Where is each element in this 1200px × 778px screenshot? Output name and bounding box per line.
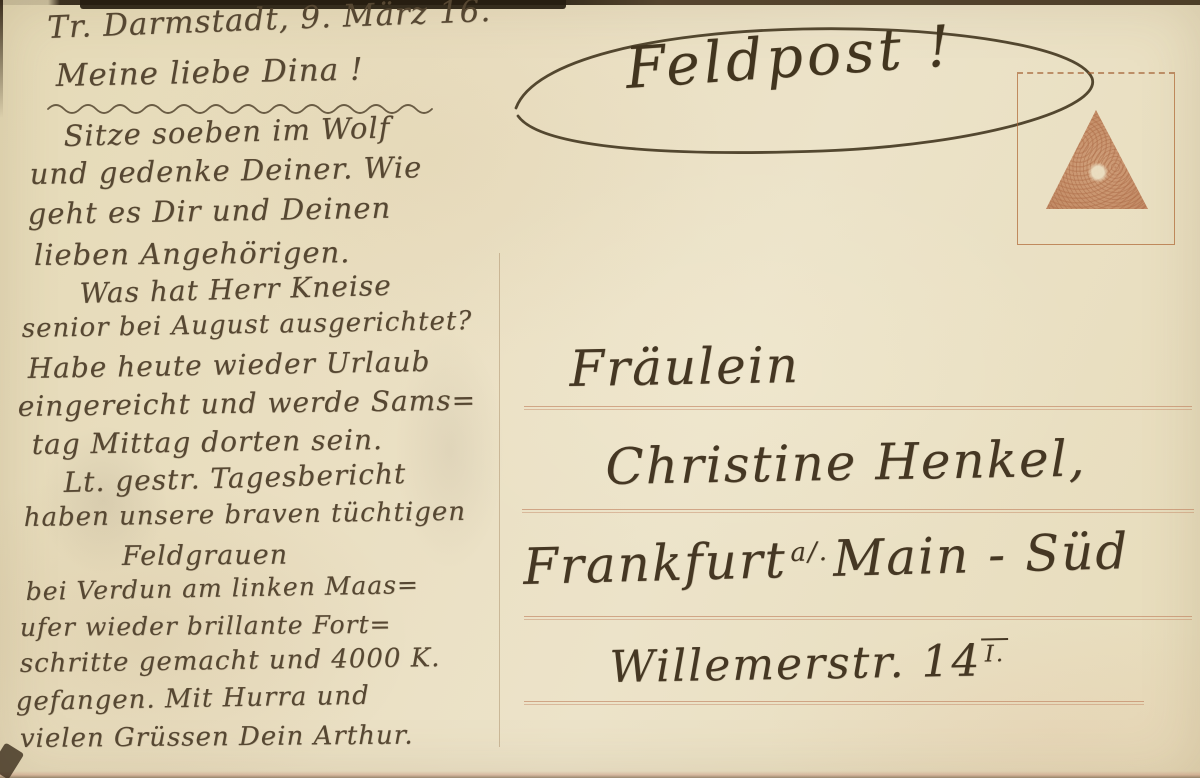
message-line: Sitze soeben im Wolf bbox=[63, 110, 391, 153]
message-line: haben unsere braven tüchtigen bbox=[24, 497, 467, 533]
message-line: tag Mittag dorten sein. bbox=[32, 423, 384, 461]
address-recipient-title: Fräulein bbox=[569, 336, 800, 398]
message-line: geht es Dir und Deinen bbox=[27, 191, 391, 231]
address-recipient-name: Christine Henkel, bbox=[605, 430, 1087, 496]
address-rule-line bbox=[524, 406, 1192, 410]
scan-bottom-edge bbox=[0, 771, 1200, 778]
message-line: vielen Grüssen Dein Arthur. bbox=[20, 721, 414, 754]
address-city-part: Main - Süd bbox=[832, 522, 1130, 588]
message-line: Feldgrauen bbox=[122, 540, 288, 572]
scan-left-edge bbox=[0, 0, 3, 118]
message-line: schritte gemacht und 4000 K. bbox=[20, 643, 441, 679]
message-line: und gedenke Deiner. Wie bbox=[29, 150, 422, 191]
address-street-line: Willemerstr. 14I. bbox=[609, 635, 1009, 693]
message-line: gefangen. Mit Hurra und bbox=[15, 681, 370, 717]
address-city-superscript: a/. bbox=[786, 537, 833, 568]
address-floor-superscript: I. bbox=[981, 638, 1009, 667]
message-salutation: Meine liebe Dina ! bbox=[55, 52, 364, 94]
message-line: Was hat Herr Kneise bbox=[79, 269, 392, 310]
postcard-scan: Tr. Darmstadt, 9. März 16. Meine liebe D… bbox=[0, 0, 1200, 778]
message-line: lieben Angehörigen. bbox=[34, 235, 351, 272]
message-address-divider bbox=[499, 253, 500, 747]
message-line: ufer wieder brillante Fort= bbox=[20, 610, 392, 642]
address-city-line: Frankfurta/.Main - Süd bbox=[522, 522, 1130, 596]
message-line: Habe heute wieder Urlaub bbox=[27, 345, 430, 385]
address-street-part: Willemerstr. 14 bbox=[609, 636, 982, 693]
address-city-part: Frankfurt bbox=[522, 531, 787, 596]
stamp-box bbox=[1017, 72, 1175, 245]
message-line: bei Verdun am linken Maas= bbox=[25, 570, 419, 606]
message-line: eingereicht und werde Sams= bbox=[18, 384, 477, 423]
address-rule-line bbox=[522, 509, 1194, 513]
message-dateline: Tr. Darmstadt, 9. März 16. bbox=[47, 0, 492, 46]
address-rule-line bbox=[524, 616, 1192, 620]
address-rule-line bbox=[524, 701, 1144, 705]
stamp-triangle-mark bbox=[1046, 110, 1148, 209]
